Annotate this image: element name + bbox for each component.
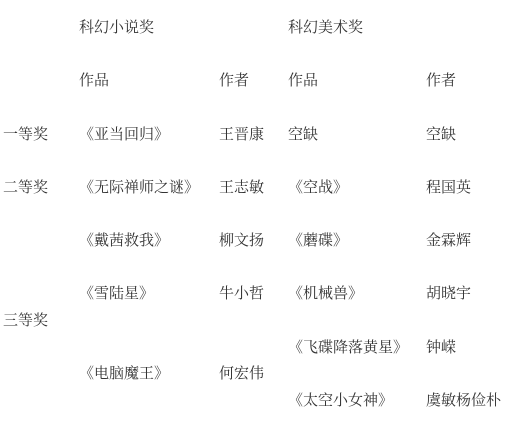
novel-author-cell: 王志敏	[216, 160, 285, 213]
novel-work-cell: 《电脑魔王》	[76, 320, 216, 426]
novel-author-cell: 牛小哲	[216, 266, 285, 319]
art-author-cell: 空缺	[423, 107, 528, 160]
category-header-row: 科幻小说奖 科幻美术奖	[0, 0, 528, 53]
novel-work-cell: 《戴茜救我》	[76, 213, 216, 266]
art-author-cell: 程国英	[423, 160, 528, 213]
prize-label: 一等奖	[0, 107, 76, 160]
art-work-cell: 《机械兽》	[285, 266, 423, 319]
novel-author-cell: 何宏伟	[216, 320, 285, 426]
art-work-cell: 《太空小女神》	[285, 373, 423, 426]
art-author-header: 作者	[423, 53, 528, 106]
column-header-row: 作品 作者 作品 作者	[0, 53, 528, 106]
novel-work-cell: 《无际禅师之谜》	[76, 160, 216, 213]
novel-work-cell: 《雪陆星》	[76, 266, 216, 319]
novel-author-cell: 柳文扬	[216, 213, 285, 266]
table-row: 一等奖 《亚当回归》 王晋康 空缺 空缺	[0, 107, 528, 160]
novel-author-header: 作者	[216, 53, 285, 106]
art-work-cell: 空缺	[285, 107, 423, 160]
art-award-header: 科幻美术奖	[285, 0, 528, 53]
table-row: 《电脑魔王》 何宏伟 《飞碟降落黄星》 钟嵘	[0, 320, 528, 373]
art-work-cell: 《空战》	[285, 160, 423, 213]
art-author-cell: 虞敏杨俭朴	[423, 373, 528, 426]
art-work-header: 作品	[285, 53, 423, 106]
prize-label: 三等奖	[0, 213, 76, 426]
art-author-cell: 金霖辉	[423, 213, 528, 266]
novel-author-cell: 王晋康	[216, 107, 285, 160]
art-author-cell: 钟嵘	[423, 320, 528, 373]
table-row: 三等奖 《戴茜救我》 柳文扬 《蘑碟》 金霖辉	[0, 213, 528, 266]
prize-label: 二等奖	[0, 160, 76, 213]
awards-table: 科幻小说奖 科幻美术奖 作品 作者 作品 作者 一等奖 《亚当回归》 王晋康 空…	[0, 0, 528, 426]
novel-work-cell: 《亚当回归》	[76, 107, 216, 160]
art-work-cell: 《飞碟降落黄星》	[285, 320, 423, 373]
table-row: 《雪陆星》 牛小哲 《机械兽》 胡晓宇	[0, 266, 528, 319]
art-author-cell: 胡晓宇	[423, 266, 528, 319]
table-row: 二等奖 《无际禅师之谜》 王志敏 《空战》 程国英	[0, 160, 528, 213]
novel-award-header: 科幻小说奖	[76, 0, 285, 53]
empty-cell	[0, 53, 76, 106]
novel-work-header: 作品	[76, 53, 216, 106]
art-work-cell: 《蘑碟》	[285, 213, 423, 266]
empty-cell	[0, 0, 76, 53]
